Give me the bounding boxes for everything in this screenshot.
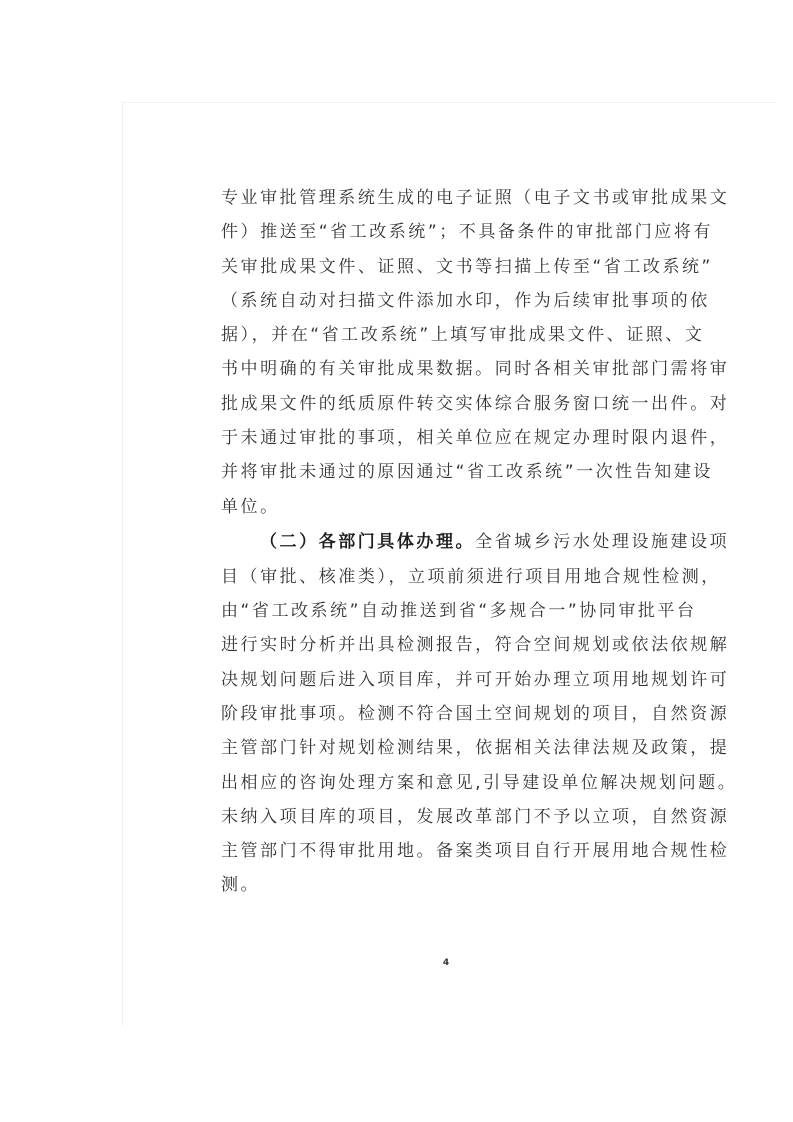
- text-line: 未纳入项目库的项目，发展改革部门不予以立项，自然资源: [221, 800, 673, 834]
- text-line: 主管部门针对规划检测结果，依据相关法律法规及政策，提: [221, 731, 673, 765]
- text-line: 目（审批、核准类），立项前须进行项目用地合规性检测，: [221, 560, 673, 594]
- text-line: 专业审批管理系统生成的电子证照（电子文书或审批成果文: [221, 181, 673, 215]
- text-line: 主管部门不得审批用地。备案类项目自行开展用地合规性检: [221, 834, 673, 868]
- text-line: 测。: [221, 868, 673, 902]
- text-line: 进行实时分析并出具检测报告，符合空间规划或依法依规解: [221, 628, 673, 662]
- text-line: 于未通过审批的事项，相关单位应在规定办理时限内退件，: [221, 421, 673, 455]
- text-line: 书中明确的有关审批成果数据。同时各相关审批部门需将审: [221, 352, 673, 386]
- text-line: 并将审批未通过的原因通过“省工改系统”一次性告知建设: [221, 455, 673, 489]
- text-line: 阶段审批事项。检测不符合国土空间规划的项目，自然资源: [221, 697, 673, 731]
- text-line: 决规划问题后进入项目库，并可开始办理立项用地规划许可: [221, 663, 673, 697]
- page-number: 4: [441, 958, 451, 968]
- text-line: 出相应的咨询处理方案和意见,引导建设单位解决规划问题。: [221, 766, 673, 800]
- text-line: （系统自动对扫描文件添加水印，作为后续审批事项的依: [221, 284, 673, 318]
- paragraph-approval-results: 专业审批管理系统生成的电子证照（电子文书或审批成果文 件）推送至“省工改系统”；…: [221, 181, 673, 524]
- paragraph-department-handling: （二）各部门具体办理。全省城乡污水处理设施建设项 目（审批、核准类），立项前须进…: [221, 525, 673, 902]
- text-run: 全省城乡污水处理设施建设项: [475, 532, 729, 552]
- text-line-with-heading: （二）各部门具体办理。全省城乡污水处理设施建设项: [221, 525, 673, 559]
- text-line: 单位。: [221, 490, 673, 524]
- text-line: 批成果文件的纸质原件转交实体综合服务窗口统一出件。对: [221, 387, 673, 421]
- document-body: 专业审批管理系统生成的电子证照（电子文书或审批成果文 件）推送至“省工改系统”；…: [221, 181, 673, 903]
- text-line: 关审批成果文件、证照、文书等扫描上传至“省工改系统”: [221, 250, 673, 284]
- text-line: 由“省工改系统”自动推送到省“多规合一”协同审批平台: [221, 594, 673, 628]
- section-heading: （二）各部门具体办理。: [260, 532, 475, 552]
- text-line: 据），并在“省工改系统”上填写审批成果文件、证照、文: [221, 318, 673, 352]
- text-line: 件）推送至“省工改系统”；不具备条件的审批部门应将有: [221, 215, 673, 249]
